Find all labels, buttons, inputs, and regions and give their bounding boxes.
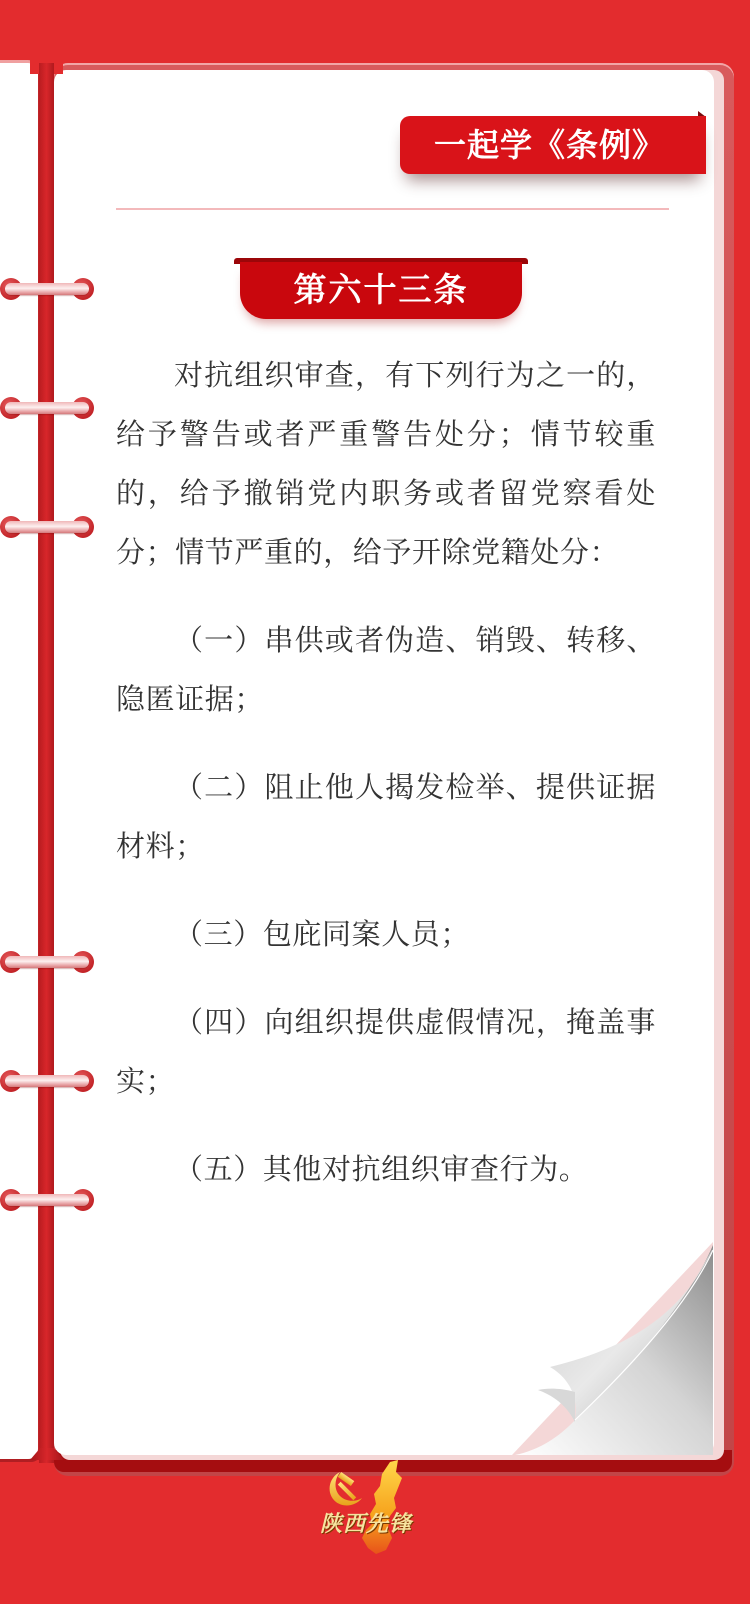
article-intro: 对抗组织审查，有下列行为之一的，给予警告或者严重警告处分；情节较重的，给予撤销党…: [116, 346, 656, 582]
article-item-2: （二）阻止他人揭发检举、提供证据材料；: [116, 758, 656, 876]
article-item-1: （一）串供或者伪造、销毁、转移、隐匿证据；: [116, 611, 656, 729]
article-title: 第六十三条: [240, 262, 522, 319]
logo-text: 陕西先锋: [320, 1507, 430, 1538]
binder-ring: [0, 397, 94, 419]
left-page-edge: [0, 63, 38, 1459]
binder-ring: [0, 278, 94, 300]
binder-ring: [0, 1189, 94, 1211]
notebook-spine: [39, 63, 54, 1463]
binder-ring: [0, 1070, 94, 1092]
article-body: 对抗组织审查，有下列行为之一的，给予警告或者严重警告处分；情节较重的，给予撤销党…: [116, 346, 656, 1199]
binder-ring: [0, 516, 94, 538]
article-item-5: （五）其他对抗组织审查行为。: [116, 1140, 656, 1199]
article-item-3: （三）包庇同案人员；: [116, 905, 656, 964]
article-item-4: （四）向组织提供虚假情况，掩盖事实；: [116, 993, 656, 1111]
header-divider: [116, 208, 669, 210]
binder-ring: [0, 951, 94, 973]
section-tag: 一起学《条例》: [400, 116, 706, 174]
